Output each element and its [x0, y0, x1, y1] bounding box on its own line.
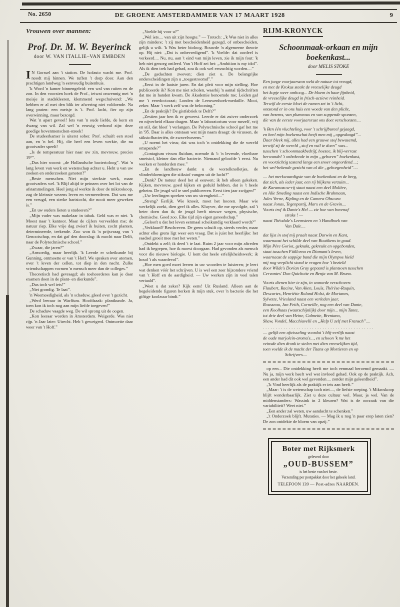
advert-brand-name: „OUD-BUSSEM”: [274, 460, 363, 469]
text-line: 'k Word 'n kamer binnengeleid: een wal v…: [26, 85, 133, 117]
section-divider: [263, 362, 394, 363]
text-line: „Dus toch wel iets!”: [26, 281, 133, 286]
article-body-col2: „Voelde hij voor u?”„Wel iets.... van ui…: [139, 29, 258, 487]
text-line: „Verklaard? Beschreven. De grens schuift…: [139, 225, 258, 241]
text-line: „Zwaar, die jaren?”: [26, 244, 133, 249]
poem-title: Schoonmaak-orkaan en mijnboekenkast...: [263, 43, 394, 62]
article-title: Prof. Dr. M. W. Beyerinck: [26, 42, 133, 52]
article-series-label: Vrouwen over mannen:: [26, 28, 133, 35]
advert-inner-border: Boter met Rijksmerk geleverd door „OUD-B…: [271, 441, 368, 492]
advert-oud-bussem: Boter met Rijksmerk geleverd door „OUD-B…: [268, 438, 371, 495]
text-line: boekenkast...: [263, 53, 394, 63]
text-line: „Niet grondig. Te laat”.: [26, 287, 133, 292]
column-3: RIJM-KRONYCK Schoonmaak-orkaan en mijnbo…: [263, 28, 394, 495]
masthead-rule-top: [20, 9, 397, 10]
text-line: „De gedachten zweven; dien ziet u. De be…: [139, 71, 258, 82]
text-line: Schoonmaak-orkaan en mijn: [263, 43, 394, 53]
text-line: „Dank? De natuur deed het al eeuwen; ik …: [139, 177, 258, 193]
text-line: „Kon leeraar worden in Amsterdam. Weiger…: [26, 313, 133, 329]
newspaper-page: No. 2650 DE GROENE AMSTERDAMMER VAN 17 M…: [0, 0, 400, 607]
article-paragraphs-col3: op een... Die ontdekking heeft me toch e…: [263, 366, 394, 424]
text-line: „Weet u dat zeker? Kijk eens! Uit Ruslan…: [139, 283, 258, 299]
text-line: „Beste menschen. Niet mijn sterkste werk…: [26, 175, 133, 207]
text-line: „U noemt het virus; dat was toch 'n ontd…: [139, 140, 258, 151]
text-line: „Werd leeraar in Warffum. Hoofdzaak: pla…: [26, 297, 133, 308]
text-line: „Ontdekt u zelf; ik deed 't te laat. Rui…: [139, 241, 258, 262]
article-column-2: „Voelde hij voor u?”„Wel iets.... van ui…: [139, 29, 258, 487]
article-byline: door W. VAN ITALLIE–VAN EMBDEN: [26, 55, 133, 60]
advert-shipping-note: Verzending per postpakket door het gehee…: [274, 475, 363, 480]
top-scan-artifact: [22, 2, 400, 6]
text-line: „Mijn vader was makelaar in tabak. Geld …: [26, 213, 133, 245]
text-line: „En de landbouw dankt u de wortelknollet…: [139, 167, 258, 178]
text-line: Schrijvers....: [285, 352, 394, 358]
masthead-title: DE GROENE AMSTERDAMMER VAN 17 MAART 1928: [0, 12, 400, 19]
text-line: „Eerst in de laatste jaren. En dat pleit…: [139, 82, 258, 108]
poem-byline-rule: [316, 74, 342, 75]
text-line: „Maar: 't is de wetenschap toch niet....…: [263, 387, 394, 408]
rijm-kronyck-heading-text: RIJM-KRONYCK: [263, 28, 323, 37]
text-line: „Dus hier woont: „de Hollandsche bacteri…: [26, 160, 133, 176]
poem-byline: door MELIS STOKE: [263, 65, 394, 70]
text-line: De studeerkamer is uiterst sober. Prof. …: [26, 133, 133, 149]
text-line: „En uw ouders lieten u studeeren?”: [26, 207, 133, 212]
text-line: „Contagium vivum fluidum, noemde ik 't: …: [139, 151, 258, 167]
text-line: 'n Weemoedigheid, als 'n schaduw, gleed …: [26, 292, 133, 297]
article-column-1: Vrouwen over mannen: Prof. Dr. M. W. Bey…: [26, 28, 133, 484]
text-line: „Wel iets.... van uit zijn hoogte.” — Tr…: [139, 34, 258, 71]
text-line: „Zestien jaar ben ik er geweest. Leerde …: [139, 114, 258, 140]
advert-contact: TELEFOON 139 — Post-adres NAARDEN.: [274, 482, 363, 487]
page-number: 9: [390, 12, 393, 19]
text-line: „Hoe men goed moet leeren in uw woorden …: [139, 262, 258, 283]
advert-headline: Boter met Rijksmerk: [274, 445, 363, 454]
text-line: Theoretisch had gevraagd; als toehoorder…: [26, 271, 133, 282]
rijm-kronyck-heading: RIJM-KRONYCK: [263, 28, 394, 35]
text-line: „Armoedig, maar heerlijk. 'k Leerde er s…: [26, 250, 133, 271]
text-line: „Streng? Eerlijk. Wie knoeit, moet het h…: [139, 199, 258, 220]
left-scan-artifact-lower: [6, 295, 9, 607]
article-paragraphs-col2: „Voelde hij voor u?”„Wel iets.... van ui…: [139, 29, 258, 299]
advert-subline: geleverd door: [274, 455, 363, 460]
left-scan-artifact: [7, 40, 9, 300]
poem-body: Een jonge voorjaarszon wekt de natuur to…: [263, 79, 394, 358]
article-paragraphs-col1: 'k Word 'n kamer binnengeleid: een wal v…: [26, 85, 133, 329]
text-line: De schaduw vaagde weg. De wil sprong uit…: [26, 308, 133, 313]
advert-slogan: is het beste van het beste.: [274, 470, 363, 475]
text-line: op een... Die ontdekking heeft me toch e…: [263, 366, 394, 382]
column-3-body: Een jonge voorjaarszon wekt de natuur to…: [263, 79, 394, 431]
byline-rule: [69, 64, 91, 65]
masthead-rule-bottom: [20, 22, 397, 23]
text-line: „Is de temperatuur hier naar uw zin, mev…: [26, 149, 133, 160]
lead-text: N Gorssel aan 't station. De hofauto wac…: [26, 70, 133, 86]
text-line: Wat 'n apart gevoel! Iets van 'n oude li…: [26, 117, 133, 133]
text-line: „'t Onderzoek blijft. Mutaties. — Mag ik…: [263, 414, 394, 425]
article-lead-paragraph: IN Gorssel aan 't station. De hofauto wa…: [26, 70, 133, 86]
section-divider-bottom: [263, 428, 394, 429]
article-body-col1: IN Gorssel aan 't station. De hofauto wa…: [26, 70, 133, 484]
